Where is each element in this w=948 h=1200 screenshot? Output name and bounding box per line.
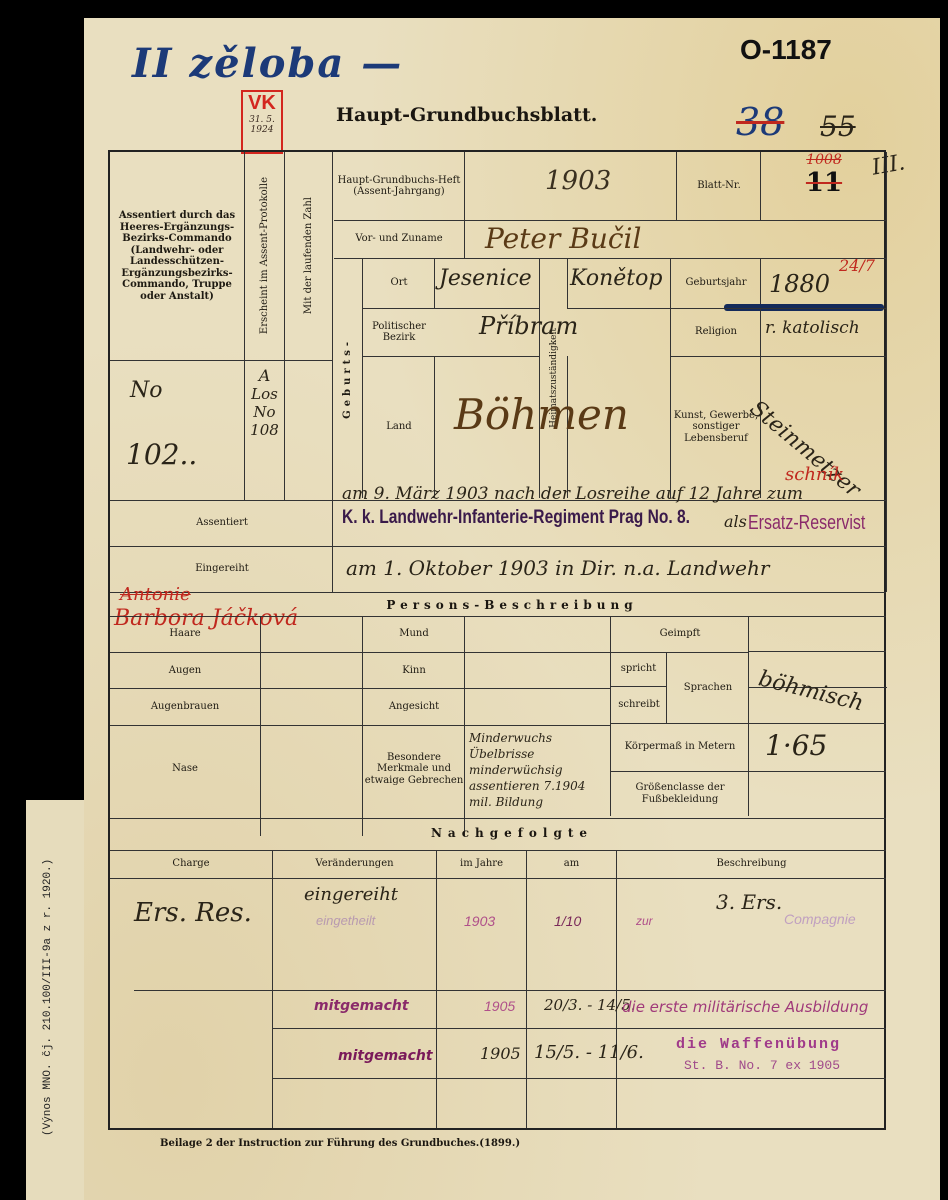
religion-label-cell: Religion <box>670 308 761 356</box>
augen-label: Augen <box>110 653 260 689</box>
changes-title: Nachgefolgte <box>84 826 940 840</box>
geimpft-label-cell: Geimpft <box>610 616 749 652</box>
heimat-ort-value: Konětop <box>570 266 662 291</box>
birth-section-cell: Geburts- <box>334 258 362 498</box>
eingereiht-label: Eingereiht <box>195 563 249 575</box>
col-charge: Charge <box>110 850 272 878</box>
geimpft-value-cell <box>748 616 886 652</box>
shoe-value-cell <box>748 771 887 816</box>
col-am: am <box>526 850 616 878</box>
bezirk-label: Politischer Bezirk <box>363 321 435 344</box>
row1-change-stamp: eingetheilt <box>316 913 375 928</box>
height-label: Körpermaß in Metern <box>625 741 736 753</box>
row1-desc-stamp: Compagnie <box>784 911 856 927</box>
year-value: 1880 <box>769 270 830 298</box>
changes-header-row: Charge Veränderungen im Jahre am Beschre… <box>110 850 886 878</box>
vk-stamp: VK 31. 5. 1924 <box>241 90 283 154</box>
running-number-label: Mit der laufenden Zahl <box>303 197 315 314</box>
row2-year: 1905 <box>484 998 515 1014</box>
assentiert-label-cell: Assentiert <box>110 500 334 546</box>
assentiert-label: Assentiert <box>196 517 248 529</box>
ort-label-cell: Ort <box>362 258 435 308</box>
bezirk-label-cell: Politischer Bezirk <box>362 308 435 356</box>
protocol-value-2: No <box>245 403 284 421</box>
side-print: (Výnos MNO. čj. 210.100/III-9a z r. 1920… <box>42 836 54 1136</box>
shoe-label: Größenclasse der Fußbekleidung <box>611 782 749 805</box>
assent-number: 102.. <box>126 438 197 471</box>
eingereiht-value: am 1. Oktober 1903 in Dir. n.a. Landwehr <box>346 556 769 580</box>
heft-label: Haupt-Grundbuchs-Heft (Assent-Jahrgang) <box>334 175 464 198</box>
religion-value: r. katolisch <box>765 318 860 338</box>
land-label: Land <box>386 421 411 433</box>
page-title: Haupt-Grundbuchsblatt. <box>336 104 597 126</box>
sprachen-label: Sprachen <box>684 682 732 694</box>
row3-desc-stamp: die Waffenübung <box>676 1036 841 1053</box>
person-mid-labels: Mund Kinn Angesicht Besondere Merkmale u… <box>362 616 465 836</box>
als-word: als <box>724 512 747 531</box>
land-value: Böhmen <box>454 390 629 439</box>
heft-label-cell: Haupt-Grundbuchs-Heft (Assent-Jahrgang) <box>334 152 464 220</box>
row1-charge: Ers. Res. <box>134 898 252 928</box>
occupation-label-cell: Kunst, Gewerbe, sonstiger Lebensberuf <box>670 356 761 498</box>
blatt-label-cell: Blatt-Nr. <box>676 152 761 220</box>
year-correction: 24/7 <box>839 256 875 275</box>
birth-section-label: Geburts- <box>342 338 354 419</box>
shoe-label-cell: Größenclasse der Fußbekleidung <box>610 771 749 816</box>
stamp-date-2: 1924 <box>243 125 281 135</box>
angesicht-label: Angesicht <box>363 689 465 726</box>
footer-note: Beilage 2 der Instruction zur Führung de… <box>160 1138 520 1149</box>
stamp-letters: VK <box>243 92 281 115</box>
row1-desc-hand: 3. Ers. <box>716 890 782 914</box>
mund-label: Mund <box>363 616 465 653</box>
spricht-label: spricht <box>611 652 666 686</box>
row3-desc-hand: St. B. No. 7 ex 1905 <box>684 1058 840 1073</box>
merkmale-value: Minderwuchs Übelbrisse minderwüchsig ass… <box>465 726 611 814</box>
protocol-value-3: 108 <box>245 421 284 439</box>
regiment-stamp: K. k. Landwehr-Infanterie-Regiment Prag … <box>342 506 766 529</box>
row3-year: 1905 <box>480 1044 521 1063</box>
height-value: 1·65 <box>765 729 827 762</box>
row3-date: 15/5. - 11/6. <box>534 1042 644 1063</box>
row2-change: mitgemacht <box>314 998 409 1014</box>
blatt-value-cell: 1008 11 <box>760 152 887 220</box>
person-description-title: Persons-Beschreibung <box>84 598 940 612</box>
year-value-cell: 1880 24/7 <box>760 258 887 308</box>
old-number: 38 <box>736 100 784 144</box>
nase-label: Nase <box>110 726 260 812</box>
name-value-cell: Peter Bučil <box>464 220 887 258</box>
row2-desc-stamp: die erste militärische Ausbildung <box>622 998 868 1016</box>
height-value-cell: 1·65 <box>748 723 887 771</box>
col-im-jahre: im Jahre <box>436 850 526 878</box>
bezirk-value: Příbram <box>479 312 578 340</box>
year-label-cell: Geburtsjahr <box>670 258 761 308</box>
heft-value-cell: 1903 <box>464 152 677 220</box>
protocol-value-0: A <box>245 366 284 385</box>
assent-no: No <box>130 378 163 403</box>
assentiert-handwritten: am 9. März 1903 nach der Losreihe auf 12… <box>342 484 803 504</box>
person-mid-values: Minderwuchs Übelbrisse minderwüchsig ass… <box>464 616 611 836</box>
ort-label: Ort <box>391 277 408 289</box>
schreibt-label: schreibt <box>611 687 667 723</box>
geimpft-label: Geimpft <box>611 616 749 652</box>
blatt-value-struck: 1008 <box>761 152 887 168</box>
person-left-labels: Haare Augen Augenbrauen Nase <box>110 616 260 836</box>
augenbrauen-label: Augenbrauen <box>110 689 260 726</box>
row1-year: 1903 <box>464 913 495 929</box>
col-veraenderungen: Veränderungen <box>272 850 436 878</box>
reference-number: O-1187 <box>740 34 832 66</box>
stamp-date-1: 31. 5. <box>243 115 281 125</box>
protocol-value-cell: A Los No 108 <box>244 360 284 500</box>
height-label-cell: Körpermaß in Metern <box>610 723 749 771</box>
header-annotation: II zěloba — <box>132 40 403 87</box>
name-label: Vor- und Zuname <box>355 233 442 245</box>
person-left-values <box>260 616 363 836</box>
sprachen-value-cell: böhmisch <box>748 652 887 723</box>
reserve-stamp: Ersatz-Reservist <box>748 512 865 535</box>
name-label-cell: Vor- und Zuname <box>334 220 464 258</box>
sprachen-label-cell: Sprachen <box>666 652 749 723</box>
running-number-label-cell: Mit der laufenden Zahl <box>284 152 333 360</box>
assent-value-cell: No 102.. <box>114 368 244 498</box>
year-label: Geburtsjahr <box>686 277 747 289</box>
occupation-correction: schník <box>785 464 844 485</box>
kinn-label: Kinn <box>363 653 465 689</box>
blatt-value: 11 <box>761 168 887 198</box>
assent-label-cell: Assentiert durch das Heeres-Ergänzungs-B… <box>110 152 244 360</box>
heft-value: 1903 <box>545 166 611 196</box>
assent-label: Assentiert durch das Heeres-Ergänzungs-B… <box>110 210 244 302</box>
row1-date: 1/10 <box>554 913 581 929</box>
heimat-ort-cell: Konětop <box>567 258 671 308</box>
spricht-label-cell: spricht <box>610 652 666 687</box>
land-label-cell: Land <box>362 356 435 498</box>
row3-change: mitgemacht <box>338 1048 433 1064</box>
religion-label: Religion <box>695 326 737 338</box>
name-value: Peter Bučil <box>485 222 641 255</box>
protocol-label-cell: Erscheint im Assent-Protokolle <box>244 152 285 360</box>
document-page: II zěloba — VK 31. 5. 1924 Haupt-Grundbu… <box>84 18 940 1200</box>
ort-value: Jesenice <box>439 266 532 291</box>
schreibt-label-cell: schreibt <box>610 687 667 723</box>
religion-value-cell: r. katolisch <box>760 308 887 356</box>
protocol-value-1: Los <box>245 385 284 403</box>
underlying-sheet: (Výnos MNO. čj. 210.100/III-9a z r. 1920… <box>26 800 84 1200</box>
protocol-label: Erscheint im Assent-Protokolle <box>259 177 271 334</box>
new-number: 55 <box>820 110 856 143</box>
row1-change: eingereiht <box>304 884 398 905</box>
heimat-label-cell: Heimatszuständigkeit <box>539 258 568 498</box>
ort-value-cell: Jesenice <box>434 258 540 308</box>
merkmale-label: Besondere Merkmale und etwaige Gebrechen <box>363 726 465 812</box>
row1-desc-prefix: zur <box>636 914 653 928</box>
haare-label: Haare <box>110 616 260 653</box>
occupation-value-cell: Steinmetzer schník <box>760 356 887 498</box>
col-beschreibung: Beschreibung <box>616 850 886 878</box>
blatt-label: Blatt-Nr. <box>697 180 741 192</box>
